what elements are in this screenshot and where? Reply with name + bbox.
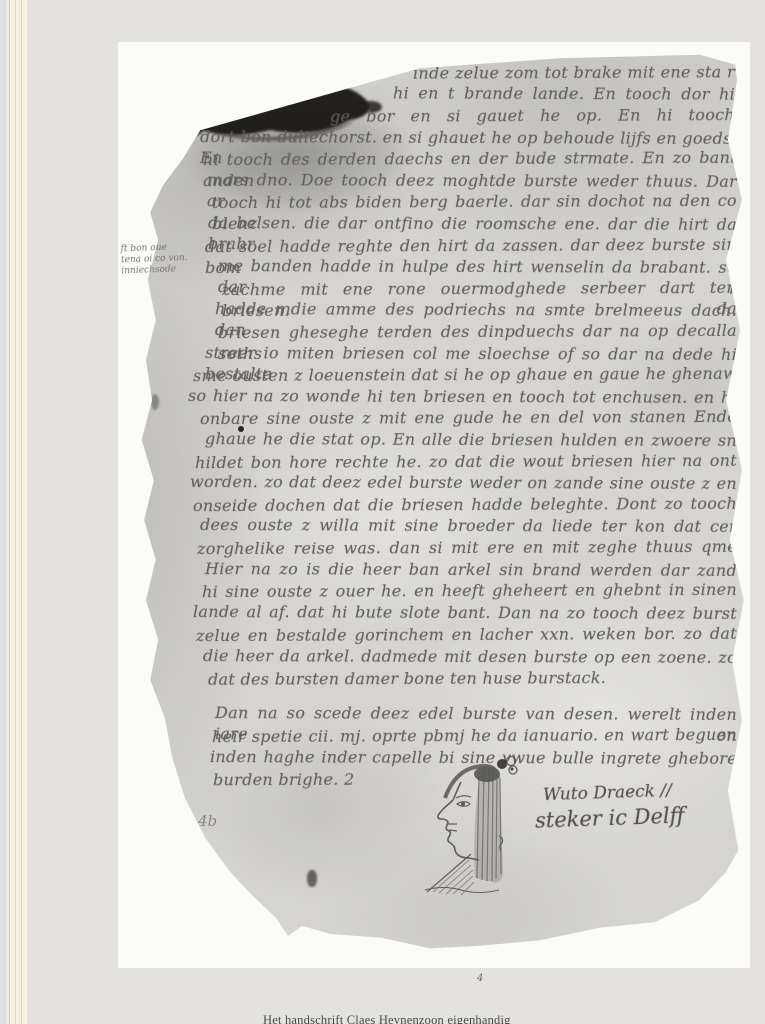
plate-caption: Het handschrift Claes Heynenzoon eigenha… bbox=[263, 1013, 683, 1024]
manuscript-line: dees ouste z willa mit sine broeder da l… bbox=[200, 514, 737, 537]
manuscript-line: hildet bon hore rechte he. zo dat die wo… bbox=[195, 450, 737, 473]
manuscript-line: heir spetie cii. mj. oprte pbmj he da ia… bbox=[212, 724, 737, 747]
ink-dot bbox=[238, 426, 244, 432]
lower-ink-smudge bbox=[307, 870, 317, 887]
manuscript-line: zelue en bestalde gorinchem en lacher xx… bbox=[196, 623, 737, 646]
manuscript-line: onseide dochen dat die briesen hadde bel… bbox=[193, 493, 737, 516]
manuscript-line: burden brighe. 2 bbox=[213, 769, 355, 791]
motto-script-line-2: steker ic Delff bbox=[535, 803, 685, 832]
manuscript-line: worden. zo dat deez edel burste weder on… bbox=[190, 471, 737, 494]
manuscript-line: zorghelike reise was. dan si mit ere en … bbox=[197, 536, 737, 559]
folio-mark: 4b bbox=[198, 812, 217, 830]
edge-smudge bbox=[151, 394, 159, 410]
manuscript-line: sme ousten z loeuenstein dat si he op gh… bbox=[193, 363, 737, 386]
book-page: inde zelue zom tot brake mit ene sta rhi… bbox=[0, 0, 765, 1024]
manuscript-line: ge bor en si gauet he op. En hi tooch bbox=[330, 104, 735, 127]
manuscript-line: Hier na zo is die heer ban arkel sin bra… bbox=[205, 558, 737, 581]
manuscript-line: lande al af. dat hi bute slote bant. Dan… bbox=[193, 601, 737, 624]
book-page-edges bbox=[0, 0, 34, 1024]
manuscript-line: dat des bursten damer bone ten huse burs… bbox=[208, 667, 606, 690]
manuscript-line: hi en t brande lande. En tooch dor hi bbox=[393, 82, 735, 104]
manuscript-line: so hier na zo wonde hi ten briesen en to… bbox=[188, 385, 737, 408]
manuscript-line: onbare sine ouste z mit ene gude he en d… bbox=[200, 406, 737, 429]
manuscript-line: ghaue he die stat op. En alle die briese… bbox=[205, 428, 737, 451]
manuscript-line: hi sine ouste z ouer he. en heeft ghehee… bbox=[202, 579, 737, 602]
manuscript-line: die heer da arkel. dadmede mit desen bur… bbox=[203, 645, 737, 668]
profile-head-doodle bbox=[423, 752, 543, 897]
tiny-page-mark: 4 bbox=[477, 973, 483, 984]
margin-note: ft bon oue tena oi co von. inniechsode bbox=[120, 242, 201, 278]
manuscript-parchment: inde zelue zom tot brake mit ene sta rhi… bbox=[135, 52, 745, 952]
motto-script-line-1: Wuto Draeck // bbox=[543, 781, 672, 805]
